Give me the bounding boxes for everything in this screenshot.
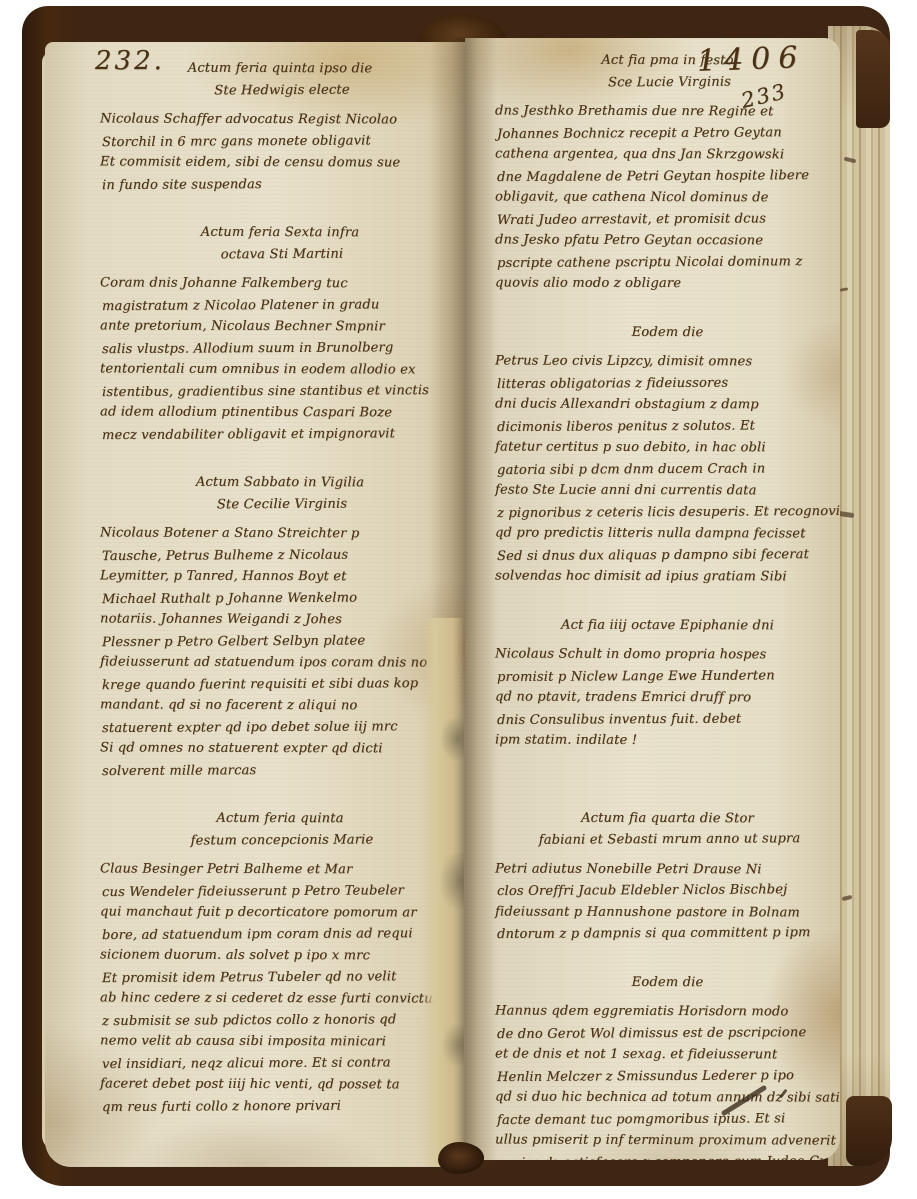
manuscript-text-line: Eodem die <box>495 971 840 994</box>
manuscript-text-line: z submisit se sub pdictos collo z honori… <box>102 1008 462 1032</box>
manuscript-text-line: Nicolaus Botener a Stano Streichter p <box>100 522 460 545</box>
manuscript-text-line: pscripte cathene pscriptu Nicolai dominu… <box>497 250 840 274</box>
manuscript-text-line: Henlin Melczer z Smissundus Lederer p ip… <box>497 1064 840 1088</box>
entry-body: Petri adiutus Nonebille Petri Drause Nic… <box>495 859 840 945</box>
manuscript-text-line: in fundo site suspendas <box>102 172 462 196</box>
manuscript-text-line: dntorum z p dampnis si qua committent p … <box>497 922 840 946</box>
manuscript-text-line: dns Jesko pfatu Petro Geytan occasione <box>495 229 840 252</box>
manuscript-text-line: Wrati Judeo arrestavit, et promisit dcus <box>497 207 840 231</box>
manuscript-text-line: clos Oreffri Jacub Eldebler Niclos Bisch… <box>497 879 840 903</box>
manuscript-text-line: Petrus Leo civis Lipzcy, dimisit omnes <box>495 350 840 373</box>
manuscript-text-line: Et commisit eidem, sibi de censu domus s… <box>100 151 460 174</box>
entry-heading: Eodem die <box>495 972 840 994</box>
manuscript-entry: Eodem die Hannus qdem eggremiatis Horisd… <box>495 972 840 1161</box>
manuscript-text-line: ullus pmiserit p inf terminum proximum a… <box>495 1129 840 1152</box>
manuscript-text-line: solverent mille marcas <box>102 758 462 782</box>
manuscript-text-line: notariis. Johannes Weigandi z Johes <box>100 608 460 631</box>
manuscript-text-line: Nicolaus Schaffer advocatus Regist Nicol… <box>100 108 460 131</box>
manuscript-text-line: dicimonis liberos penitus z solutos. Et <box>497 414 840 438</box>
manuscript-text-line: qd pro predictis litteris nulla dampna f… <box>495 522 840 545</box>
manuscript-text-line: Ste Cecilie Virginis <box>102 492 462 516</box>
manuscript-text-line: gatoria sibi p dcm dnm ducem Crach in <box>497 457 840 481</box>
manuscript-text-line: qd si duo hic bechnica ad totum annum dz… <box>495 1086 840 1109</box>
manuscript-text-line: qui manchaut fuit p decorticatore pomoru… <box>100 901 460 924</box>
left-page: 232. Actum feria quinta ipso dieSte Hedw… <box>45 42 465 1167</box>
manuscript-text-line: de dno Gerot Wol dimissus est de pscripc… <box>497 1021 840 1045</box>
manuscript-text-line: fabiani et Sebasti mrum anno ut supra <box>497 828 840 852</box>
manuscript-text-line: mecz vendabiliter obligavit et impignora… <box>102 422 462 446</box>
entry-body: dns Jesthko Brethamis due nre Regine etJ… <box>495 101 840 295</box>
manuscript-text-line: Coram dnis Johanne Falkemberg tuc <box>100 272 460 295</box>
manuscript-entry: Actum feria quintafestum concepcionis Ma… <box>100 808 460 1117</box>
entry-heading: Actum feria quintafestum concepcionis Ma… <box>100 808 460 851</box>
manuscript-text-line: fideiusserunt ad statuendum ipos coram d… <box>100 651 460 674</box>
entry-heading: Actum feria Sexta infraoctava Sti Martin… <box>100 222 460 265</box>
entry-heading: Actum Sabbato in VigiliaSte Cecilie Virg… <box>100 472 460 515</box>
entry-body: Nicolaus Schaffer advocatus Regist Nicol… <box>100 109 460 195</box>
manuscript-text-line: dns Jesthko Brethamis due nre Regine et <box>495 100 840 123</box>
manuscript-text-line: salis vlustps. Allodium suum in Brunolbe… <box>102 336 462 360</box>
manuscript-text-line: festo Ste Lucie anni dni currentis data <box>495 479 840 502</box>
manuscript-text-line: nemo velit ab causa sibi imposita minica… <box>100 1030 460 1053</box>
manuscript-text-line: faceret debet post iiij hic venti, qd po… <box>100 1073 460 1096</box>
manuscript-text-line: Actum feria quinta ipso die <box>100 57 460 80</box>
manuscript-text-line: Storchil in 6 mrc gans monete obligavit <box>102 129 462 153</box>
manuscript-text-line: quovis alio modo z obligare <box>495 272 840 295</box>
manuscript-text-line: Actum feria quinta <box>100 807 460 830</box>
entry-heading: Actum fia quarta die Storfabiani et Seba… <box>495 808 840 851</box>
manuscript-text-line: krege quando fuerint requisiti et sibi d… <box>102 672 462 696</box>
manuscript-text-line: Eodem die <box>495 321 840 344</box>
manuscript-text-line: cathena argentea, qua dns Jan Skrzgowski <box>495 143 840 166</box>
manuscript-text-line: facte demant tuc pomgmoribus ipius. Et s… <box>497 1107 840 1131</box>
manuscript-text-line: Michael Ruthalt p Johanne Wenkelmo <box>102 586 462 610</box>
entry-heading: Act fia iiij octave Epiphanie dni <box>495 615 840 637</box>
entry-body: Claus Besinger Petri Balheme et Marcus W… <box>100 859 460 1117</box>
manuscript-text-line: ad idem allodium ptinentibus Caspari Boz… <box>100 401 460 424</box>
manuscript-text-line: expire dz satisfacere z componere cum Ju… <box>497 1150 840 1160</box>
year-annotation: 1406 <box>696 40 806 79</box>
manuscript-text-line: statuerent expter qd ipo debet solue iij… <box>102 715 462 739</box>
manuscript-text-line: ante pretorium, Nicolaus Bechner Smpnir <box>100 315 460 338</box>
manuscript-entry: Eodem die Petrus Leo civis Lipzcy, dimis… <box>495 322 840 588</box>
manuscript-text-line: dne Magdalene de Petri Geytan hospite li… <box>497 164 840 188</box>
manuscript-text-line: dni ducis Allexandri obstagium z damp <box>495 393 840 416</box>
left-text-column: Actum feria quinta ipso dieSte Hedwigis … <box>100 58 460 1117</box>
manuscript-text-line: Claus Besinger Petri Balheme et Mar <box>100 858 460 881</box>
manuscript-text-line: tentorientali cum omnibus in eodem allod… <box>100 358 460 381</box>
entry-heading: Actum feria quinta ipso dieSte Hedwigis … <box>100 58 460 101</box>
manuscript-entry: Act fia pma in festoSce Lucie Virginis d… <box>495 50 840 295</box>
manuscript-text-line: Si qd omnes no statuerent expter qd dict… <box>100 737 460 760</box>
manuscript-text-line: dnis Consulibus inventus fuit. debet <box>497 707 840 731</box>
manuscript-entry: Actum Sabbato in VigiliaSte Cecilie Virg… <box>100 472 460 781</box>
manuscript-text-line: Tausche, Petrus Bulheme z Nicolaus <box>102 543 462 567</box>
manuscript-text-line: obligavit, que cathena Nicol dominus de <box>495 186 840 209</box>
manuscript-text-line: bore, ad statuendum ipm coram dnis ad re… <box>102 922 462 946</box>
manuscript-text-line: Johannes Bochnicz recepit a Petro Geytan <box>497 121 840 145</box>
manuscript-text-line: Hannus qdem eggremiatis Horisdorn modo <box>495 1000 840 1023</box>
entry-body: Coram dnis Johanne Falkemberg tucmagistr… <box>100 273 460 445</box>
manuscript-entry: Act fia iiij octave Epiphanie dni Nicola… <box>495 615 840 752</box>
manuscript-text-line: qm reus furti collo z honore privari <box>102 1094 462 1118</box>
manuscript-entry: Actum fia quarta die Storfabiani et Seba… <box>495 808 840 945</box>
manuscript-text-line: Actum feria Sexta infra <box>100 221 460 244</box>
manuscript-text-line: Leymitter, p Tanred, Hannos Boyt et <box>100 565 460 588</box>
entry-body: Nicolaus Schult in domo propria hospespr… <box>495 644 840 752</box>
manuscript-photo: 232. Actum feria quinta ipso dieSte Hedw… <box>0 0 917 1199</box>
manuscript-text-line: et de dnis et not 1 sexag. et fideiusser… <box>495 1043 840 1066</box>
manuscript-text-line: Act fia iiij octave Epiphanie dni <box>495 614 840 637</box>
manuscript-text-line: qd no ptavit, tradens Emrici druff pro <box>495 686 840 709</box>
manuscript-text-line: cus Wendeler fideiusserunt p Petro Teube… <box>102 879 462 903</box>
manuscript-text-line: Petri adiutus Nonebille Petri Drause Ni <box>495 858 840 881</box>
entry-body: Petrus Leo civis Lipzcy, dimisit omnesli… <box>495 351 840 588</box>
manuscript-text-line: Et promisit idem Petrus Tubeler qd no ve… <box>102 965 462 989</box>
manuscript-text-line: Actum Sabbato in Vigilia <box>100 471 460 494</box>
manuscript-text-line: ab hinc cedere z si cederet dz esse furt… <box>100 987 460 1010</box>
manuscript-text-line: magistratum z Nicolao Platener in gradu <box>102 293 462 317</box>
manuscript-text-line: istentibus, gradientibus sine stantibus … <box>102 379 462 403</box>
manuscript-text-line: sicionem duorum. als solvet p ipo x mrc <box>100 944 460 967</box>
manuscript-text-line: fideiussant p Hannushone pastore in Boln… <box>495 901 840 924</box>
manuscript-text-line: Nicolaus Schult in domo propria hospes <box>495 643 840 666</box>
manuscript-text-line: festum concepcionis Marie <box>102 828 462 852</box>
manuscript-text-line: ipm statim. indilate ! <box>495 729 840 752</box>
manuscript-text-line: litteras obligatorias z fideiussores <box>497 371 840 395</box>
manuscript-text-line: Ste Hedwigis electe <box>102 78 462 102</box>
manuscript-text-line: octava Sti Martini <box>102 242 462 266</box>
manuscript-text-line: z pignoribus z ceteris licis desuperis. … <box>497 500 840 524</box>
entry-body: Nicolaus Botener a Stano Streichter pTau… <box>100 523 460 781</box>
manuscript-entry: Actum feria Sexta infraoctava Sti Martin… <box>100 222 460 445</box>
manuscript-text-line: promisit p Niclew Lange Ewe Hunderten <box>497 664 840 688</box>
manuscript-text-line: Plessner p Petro Gelbert Selbyn platee <box>102 629 462 653</box>
cover-corner-bottom-right <box>846 1096 892 1166</box>
manuscript-entry: Actum feria quinta ipso dieSte Hedwigis … <box>100 58 460 195</box>
cover-corner-top-right <box>856 30 890 128</box>
manuscript-text-line: Actum fia quarta die Stor <box>495 807 840 830</box>
manuscript-text-line: solvendas hoc dimisit ad ipius gratiam S… <box>495 565 840 588</box>
manuscript-text-line: Sed si dnus dux aliquas p dampno sibi fe… <box>497 543 840 567</box>
manuscript-text-line: fatetur certitus p suo debito, in hac ob… <box>495 436 840 459</box>
manuscript-text-line: mandant. qd si no facerent z aliqui no <box>100 694 460 717</box>
entry-body: Hannus qdem eggremiatis Horisdorn modode… <box>495 1001 840 1160</box>
right-text-column: Act fia pma in festoSce Lucie Virginis d… <box>495 50 840 1160</box>
entry-heading: Eodem die <box>495 322 840 344</box>
manuscript-text-line: vel insidiari, neqz alicui more. Et si c… <box>102 1051 462 1075</box>
right-page: 1406 233 Act fia pma in festoSce Lucie V… <box>465 38 840 1160</box>
